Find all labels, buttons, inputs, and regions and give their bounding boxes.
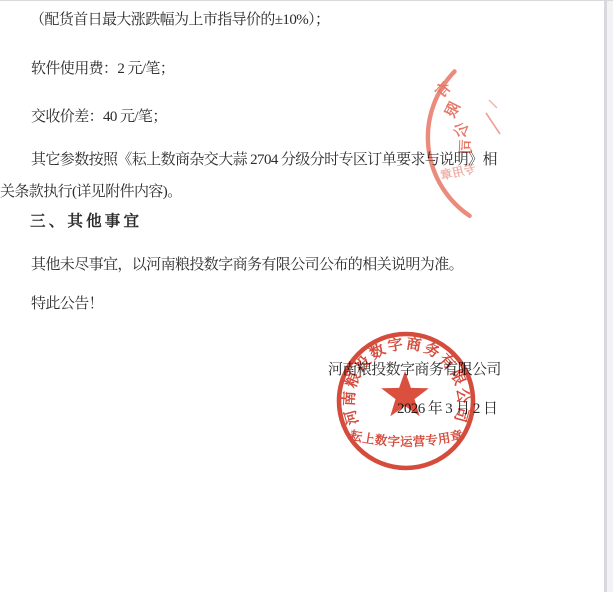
company-seal-stamp: 河南粮投数字商务有限公司 耘上数字运营专用章	[326, 321, 486, 481]
offset-seal-mark: 有 限 公 司 专用章	[408, 49, 530, 233]
offset-seal-smudge-1	[486, 113, 500, 134]
body-line-disclaimer: 其他未尽事宜，以河南粮投数字商务有限公司公布的相关说明为准。	[31, 256, 463, 275]
page-right-edge	[604, 1, 613, 592]
offset-seal-char-3: 公	[451, 121, 471, 141]
offset-seal-smudge-2	[489, 100, 497, 108]
body-line-software-fee: 软件使用费：2 元/笔；	[31, 60, 174, 79]
offset-seal-char-2: 限	[441, 99, 464, 121]
body-line-hereby-announced: 特此公告！	[31, 295, 103, 314]
section-heading-other-matters: 三、其他事宜	[30, 212, 142, 231]
body-line-other-params-2: 关条款执行(详见附件内容)。	[0, 183, 182, 202]
announcement-document-page: （配货首日最大涨跌幅为上市指导价的±10%）； 软件使用费：2 元/笔； 交收价…	[0, 0, 613, 592]
offset-seal-mark-text: 专用章	[439, 161, 477, 183]
seal-bottom-text: 耘上数字运营专用章	[348, 427, 464, 449]
body-line-price-limit: （配货首日最大涨跌幅为上市指导价的±10%）；	[30, 11, 329, 30]
svg-text:耘上数字运营专用章: 耘上数字运营专用章	[348, 427, 464, 449]
offset-seal-char-4: 司	[457, 139, 476, 155]
body-line-delivery-spread: 交收价差：40 元/笔；	[31, 108, 167, 127]
seal-star-icon	[381, 371, 429, 416]
